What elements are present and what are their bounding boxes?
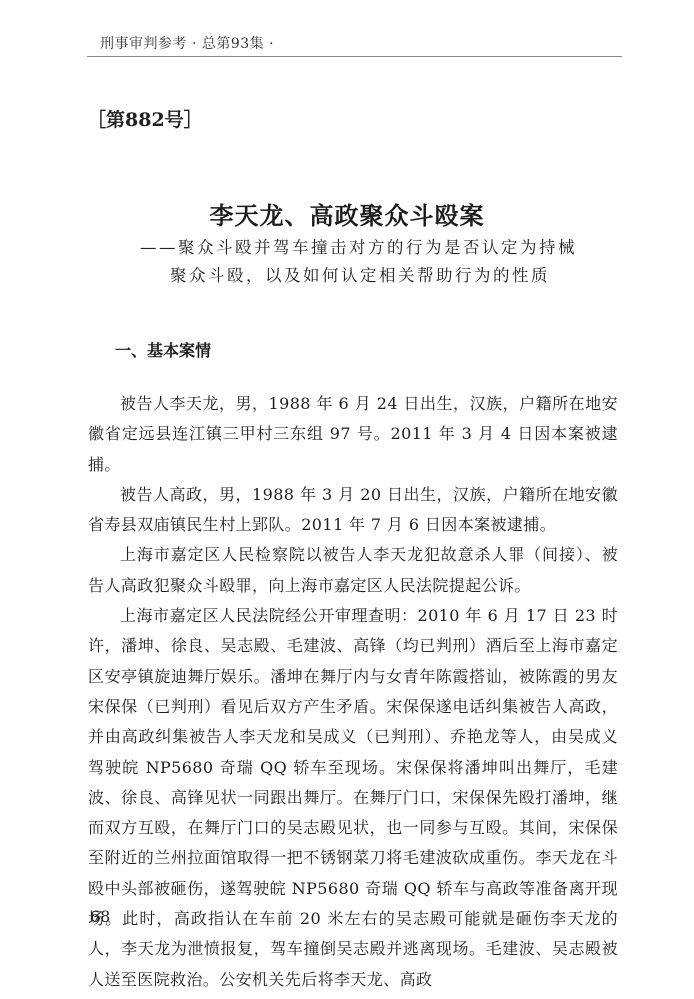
page-title: 李天龙、高政聚众斗殴案: [0, 196, 694, 231]
running-header: 刑事审判参考 · 总第93集 ·: [100, 33, 274, 53]
header-rule: [87, 56, 622, 57]
paragraph-prosecution: 上海市嘉定区人民检察院以被告人李天龙犯故意杀人罪（间接）、被告人高政犯聚众斗殴罪…: [88, 540, 618, 601]
subtitle-line-2: 聚众斗殴，以及如何认定相关帮助行为的性质: [170, 262, 630, 286]
case-number: ［第882号］: [87, 105, 203, 132]
page-number: 68: [90, 907, 110, 926]
body-text: 被告人李天龙，男，1988 年 6 月 24 日出生，汉族，户籍所在地安徽省定远…: [88, 389, 618, 995]
paragraph-defendant-gao: 被告人高政，男，1988 年 3 月 20 日出生，汉族，户籍所在地安徽省寿县双…: [88, 480, 618, 541]
paragraph-court-findings: 上海市嘉定区人民法院经公开审理查明：2010 年 6 月 17 日 23 时许，…: [88, 601, 618, 995]
section-heading: 一、基本案情: [115, 338, 211, 361]
paragraph-defendant-li: 被告人李天龙，男，1988 年 6 月 24 日出生，汉族，户籍所在地安徽省定远…: [88, 389, 618, 480]
subtitle-line-1: ——聚众斗殴并驾车撞击对方的行为是否认定为持械: [140, 234, 600, 258]
